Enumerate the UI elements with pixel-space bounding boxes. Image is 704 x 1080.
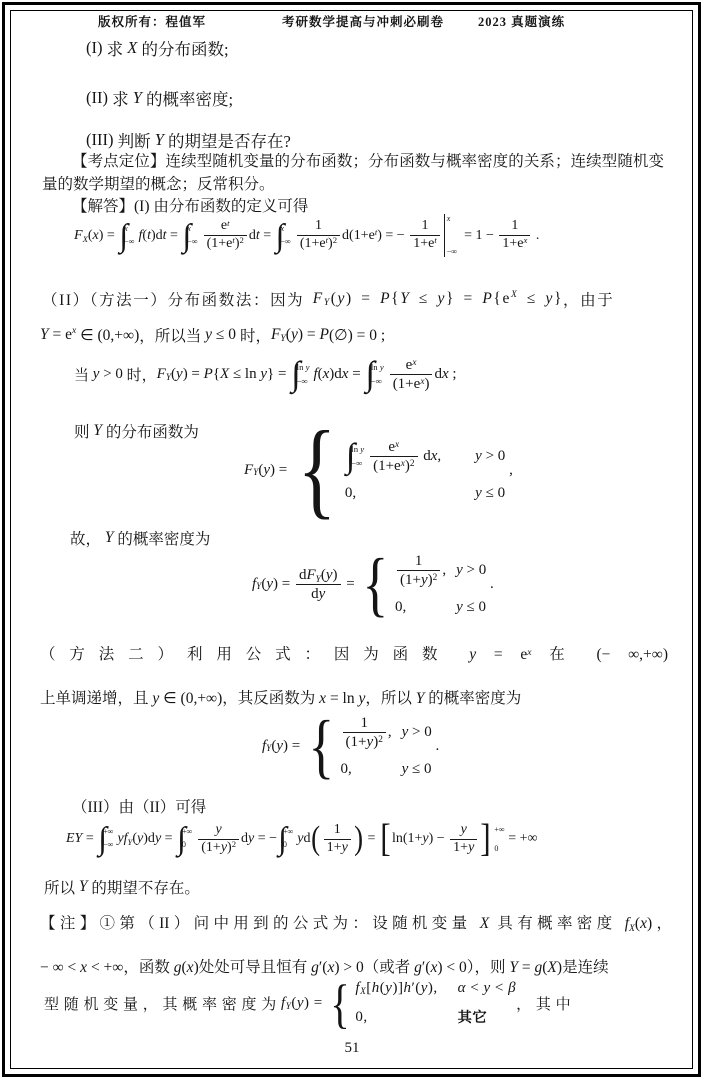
solution-intro: 【解答】(I) 由分布函数的定义可得 [72,194,308,216]
math-variable: P [204,366,213,383]
text-run: ， 其 中 [516,993,571,1014]
upper-bound: x [187,225,197,233]
math-variable: F [157,366,166,383]
math-token: = [343,576,359,593]
note-paragraph: 【注】①第（II）问中用到的公式为：设随机变量 X 具有概率密度 fX(x)，−… [40,903,672,989]
math-variable: g [174,959,182,976]
math-variable: h [372,980,380,997]
math-variable: y [276,738,283,755]
text-run: 时， [240,324,271,346]
math-variable: F [74,228,83,244]
math-variable: X [220,366,229,383]
integral: ∫x−∞ [119,223,137,249]
math-token: ∈ (0,+∞) [159,690,222,707]
lower-bound: −∞ [280,238,290,246]
math-variable: y [367,733,374,751]
method1-line2: Y = ex ∈ (0,+∞)，所以当 y ≤ 0 时，FY(y) = P(∅)… [40,324,385,346]
math-variable: Y [280,333,285,344]
fraction: dFY(y)dy [296,566,341,603]
math-variable: y [461,822,467,839]
math-variable: x [524,235,528,245]
text-run: 上单调递增，且 [40,690,152,707]
integral-bounds: +∞−∞ [103,827,113,851]
math-token: 1 [511,218,518,235]
text-run: 的期望是否存在? [164,128,291,152]
math-variable: x [431,448,438,465]
text-run: 求 [107,36,128,60]
math-token: d(1+e [342,228,375,244]
fraction: y(1+y)2 [198,822,239,857]
math-token: (II) [86,88,112,108]
integral-bounds: x−∞ [124,224,134,248]
evaluation-bar: x−∞ [444,214,457,257]
math-variable: x [527,647,531,658]
math-token: 0 [283,841,287,849]
superscript: t [326,235,328,245]
math-variable: y [93,366,100,383]
fraction: ex(1+ex)2 [370,438,417,475]
math-variable: y [326,566,333,584]
math-variable: y [291,326,298,344]
fy-distribution-intro: 则 Y 的分布函数为 [74,420,199,442]
note-line3: 型 随 机 变 量 ， 其 概 率 密 度 为 fY(y) = {fX[h(y)… [44,980,571,1027]
method1-line3: 当 y > 0 时，FY(y) = P{X ≤ ln y} = ∫ln y−∞f… [74,356,457,393]
math-variable: F [306,566,315,584]
math-variable: Y [166,373,171,383]
text-run: 故， [70,527,105,549]
case-condition: y > 0 [456,562,486,579]
math-variable: X [127,38,137,58]
math-variable: F [313,290,324,308]
numerator: et [204,218,247,236]
superscript: x [527,647,531,658]
lower-bound: 0 [182,841,192,849]
integral: ∫x−∞ [182,223,200,249]
math-token: > 0 [482,448,505,465]
math-token: 2 [410,459,415,469]
upper-bound: ln y [371,363,384,372]
text-run: 的概率密度为 [114,527,211,549]
case-rows: 1(1+y)2,y > 00,y ≤ 0 [395,552,486,616]
math-token: 1 [415,552,423,570]
math-token: = [518,959,535,976]
superscript: 2 [410,459,415,470]
exam-point-paragraph: 【考点定位】连续型随机变量的分布函数；分布函数与概率密度的关系；连续型随机变量的… [42,150,664,196]
math-variable: yf [117,831,127,847]
part3-intro: （III）由（II）可得 [72,795,206,817]
math-token: (1+ [346,733,367,751]
text-run: （或者 [364,959,414,976]
subscript: Y [286,1002,292,1012]
math-token: 0 [494,845,498,853]
math-token: = [348,366,364,383]
superscript: 2 [232,839,236,849]
math-token: ) − [429,831,449,847]
math-variable: Y [79,878,88,896]
math-variable: β [508,980,516,997]
text-run: 的期望不存在。 [88,876,200,898]
superscript: x [395,440,399,451]
math-token: d [420,448,431,465]
integral-bounds: ln y−∞ [371,362,384,388]
text-run: 的概率密度; [142,86,233,110]
case-rows: ∫ln y−∞ex(1+ex)2 dx,y > 00,y ≤ 0 [345,438,505,502]
text-run: 所以 [44,876,79,898]
bar-bounds: x−∞ [445,214,457,257]
math-variable: y [342,840,348,857]
math-variable: t [232,235,234,245]
lower-bound: −∞ [103,841,113,849]
math-variable: y [260,366,267,383]
method1-line1: （II）（方法一）分布函数法：因为 FY(y) = P{Y ≤ y} = P{e… [42,288,614,310]
math-token: > 0 [99,366,126,383]
upper-bound: ln y [351,445,364,454]
case-condition: y ≤ 0 [456,599,486,616]
math-token: = − [254,831,277,847]
superscript: t [434,235,436,245]
superscript: t [227,218,229,228]
numerator: 1 [297,218,340,236]
math-variable: X [511,289,518,300]
superscript: X [511,289,518,300]
math-token: > 0 [463,562,486,579]
math-token: (1+ [400,571,421,589]
math-token: −∞ [351,459,362,468]
math-token: 2 [378,735,383,745]
math-token: } [554,290,563,308]
math-token: ln(1+ [392,831,422,847]
math-variable: Y [253,468,258,478]
math-token: ; [449,366,457,383]
math-variable: Y [324,297,331,308]
cases-block: {1(1+y)2,y > 00,y ≤ 0 [304,714,432,778]
text-run: ， [652,915,672,932]
math-variable: P [482,290,493,308]
case-condition: 其它 [458,1007,488,1027]
integral-bounds: ln y−∞ [351,444,364,470]
upper-bound: +∞ [182,828,192,836]
integral: ∫+∞0 [177,826,195,852]
math-variable: y [266,576,273,593]
subscript: X [629,923,635,934]
fraction: 1(1+y)2 [397,552,440,589]
math-variable: g [414,959,422,976]
subscript: Y [316,575,321,586]
math-variable: Y [93,422,102,440]
math-variable: y [385,980,392,997]
case-expression: ∫ln y−∞ex(1+ex)2 dx, [345,438,441,475]
math-token: (∅) = 0 ; [329,326,385,345]
math-variable: y [456,562,463,579]
math-variable: Y [133,88,142,108]
denominator: (1+y)2 [397,571,440,589]
text-run: 在 [532,646,597,663]
text-run: ，所以当 [139,324,205,346]
case-expression: 1(1+y)2, [395,552,446,589]
math-token: d [249,228,256,244]
math-token: } = [267,366,290,383]
math-token: > 0 [408,724,431,741]
bracket-eval-group: [ln(1+y) − y1+y]+∞0 [379,822,505,857]
math-token: +∞ [182,828,192,836]
math-variable: y [421,571,428,589]
denominator: (1+et)2 [297,236,340,253]
paren-content: 11+y [322,822,353,857]
math-token: ) = [183,366,204,383]
case-expression: 0, [355,1009,367,1026]
math-token: 2 [333,235,337,245]
integral: ∫ln y−∞ [346,443,367,471]
math-token: 1 [334,822,341,839]
fraction: y1+y [450,822,477,857]
math-token: (1+e [393,375,421,393]
text-run: 的分布函数为 [102,420,199,442]
math-token: = ln [326,690,358,707]
math-variable: X [480,915,489,932]
math-token: , [442,562,446,579]
formula-fx: FX(x) = ∫x−∞f(t)dt = ∫x−∞et(1+et)2dt = ∫… [74,214,539,257]
math-variable: X [83,234,88,244]
math-token: {e [493,290,511,308]
document-page: { "header": { "copyright": "版权所有：程值军", "… [0,0,704,1080]
text-run: 判断 [118,128,155,152]
math-token: ≤ 0 [212,326,240,344]
math-token: ) < 0 [437,959,466,976]
math-token: 1 [315,218,322,235]
case-expression: fX[h(y)]h′(y), [355,980,437,997]
math-variable: y [297,995,304,1012]
math-variable: x [447,215,451,223]
math-variable: Y [400,290,410,308]
conclusion-line: 所以 Y 的期望不存在。 [44,876,200,898]
subscript: Y [166,373,171,383]
math-variable: P [380,290,391,308]
math-variable: Y [128,837,133,847]
text-run: （II）（方法一）分布函数法：因为 [42,288,313,310]
math-token: d [303,831,310,847]
denominator: (1+y)2 [343,733,386,751]
math-token: 1+e [413,236,434,253]
denominator: (1+et)2 [204,236,247,253]
math-variable: x [640,915,647,932]
math-token: ) = [298,326,320,344]
text-run: 【解答】(I) 由分布函数的定义可得 [72,194,308,216]
math-variable: y [484,980,491,997]
math-token: ∈ (0,+∞) [76,326,139,345]
math-token: . [486,576,494,593]
math-token: (III) [86,130,118,150]
bracket-bounds: +∞0 [492,825,504,855]
fraction: 11+et [410,218,440,253]
subscript: Y [256,582,261,592]
math-token: < [491,980,508,997]
math-variable: x [72,325,76,336]
math-token: < [466,980,483,997]
math-token: ln [351,445,360,454]
lower-bound: −∞ [297,377,310,386]
case-rows: 1(1+y)2,y > 00,y ≤ 0 [341,714,432,778]
math-variable: Y [155,130,164,150]
superscript: t [232,235,234,245]
upper-bound: +∞ [103,828,113,836]
superscript: 2 [240,235,244,245]
text-run: 求 [112,86,133,110]
math-variable: y [176,366,183,383]
math-variable: y [306,363,310,372]
fraction: 1(1+y)2 [343,714,386,751]
math-variable: Y [286,1002,292,1012]
numerator: y [450,822,477,840]
integral-bounds: +∞0 [182,827,192,851]
subscript: Y [280,333,285,344]
math-variable: y [545,290,553,308]
math-variable: Y [40,326,49,344]
math-token: = [260,228,275,244]
upper-bound: +∞ [283,828,293,836]
math-variable: Y [509,959,518,976]
math-token: ( [331,290,338,308]
math-variable: y [402,724,409,741]
case-condition: y ≤ 0 [402,761,432,778]
math-token: )d [329,366,342,383]
question-item-1: (I) 求 X 的分布函数; [86,36,229,60]
math-token: = e [476,646,527,663]
math-variable: Y [266,744,271,754]
superscript: 2 [333,235,337,245]
math-token: = e [49,326,72,344]
superscript: x [72,325,76,336]
denominator: 1+ex [499,236,530,253]
lower-bound: −∞ [371,377,384,386]
case-expression: 0, [395,599,406,616]
math-token: ≤ [518,290,545,308]
integral: ∫x−∞ [276,223,294,249]
text-run: （方法二）利用公式：因为函数 [40,646,469,663]
case-condition: y > 0 [402,724,432,741]
math-token: ) [424,375,429,393]
math-token: { [391,290,400,308]
lower-bound: 0 [494,845,504,853]
integral: ∫ln y−∞ [291,361,312,389]
upper-bound: x [447,215,457,223]
math-token: ≤ [410,290,437,308]
math-token: 2 [433,573,438,583]
math-token: 1+e [502,236,523,253]
math-token: 0, [345,485,356,502]
math-variable: X [360,987,366,997]
numerator: 1 [343,714,386,733]
cases-block: {1(1+y)2,y > 00,y ≤ 0 [358,552,486,616]
integral-bounds: +∞0 [283,827,293,851]
header-book-title: 考研数学提高与冲刺必刷卷 [282,12,444,30]
integral-bounds: ln y−∞ [297,362,310,388]
upper-bound: +∞ [494,826,504,834]
lower-bound: −∞ [447,248,457,256]
math-token: . [532,228,539,244]
math-token: 0, [341,761,352,778]
formula-fy-density2: fY(y) = {1(1+y)2,y > 00,y ≤ 0 . [262,714,439,778]
math-token: (1+e [373,457,401,475]
math-variable: t [326,235,328,245]
math-variable: y [205,326,212,344]
math-variable: F [271,326,280,344]
fraction: ex(1+ex) [390,356,433,393]
density-intro: 故， Y 的概率密度为 [70,527,210,549]
big-paren-group: (11+y) [310,822,364,857]
text-run: 【注】①第（II）问中用到的公式为：设随机变量 [40,915,480,932]
math-variable: x [401,459,405,469]
superscript: x [401,459,405,470]
case-expression: 1(1+y)2, [341,714,392,751]
math-variable: x [280,225,284,233]
superscript: t [375,227,377,237]
text-run: ，由于 [563,288,614,310]
denominator: 1+y [324,840,351,857]
math-token: (I) [86,38,107,58]
math-variable: F [244,462,253,479]
case-condition: y ≤ 0 [475,485,505,502]
formula-fy-cases: FY(y) = {∫ln y−∞ex(1+ex)2 dx,y > 00,y ≤ … [244,438,513,502]
math-token: 1+ [327,840,342,857]
math-variable: y [380,363,384,372]
bracket-content: ln(1+y) − y1+y [392,822,479,857]
math-token: )] [392,980,403,997]
superscript: 2 [378,735,383,746]
lower-bound: −∞ [187,238,197,246]
math-variable: g [311,959,319,976]
math-token: , [437,448,441,465]
denominator: 1+et [410,236,440,253]
subscript: Y [324,297,331,308]
text-run: 是连续 [562,959,609,976]
math-token: 0, [355,1009,367,1026]
math-token: )d [143,831,155,847]
math-token: −∞ [280,238,290,246]
math-variable: X [629,923,635,934]
subscript: Y [253,468,258,478]
header-copyright: 版权所有：程值军 [98,12,206,30]
math-token: +∞ [283,828,293,836]
superscript: x [412,358,416,369]
math-variable: y [421,980,428,997]
math-token: ′( [411,980,420,997]
case-expression: 0, [341,761,352,778]
formula-fy-density: fY(y) = dFY(y)dy = {1(1+y)2,y > 00,y ≤ 0… [252,552,494,616]
math-token: ) = [304,995,327,1012]
math-token: ) = [273,576,294,593]
math-token: . [432,738,440,755]
math-token: } = [446,290,482,308]
math-variable: Y [316,575,321,585]
math-variable: y [319,585,326,603]
math-token: , [505,462,513,479]
math-token: ) = [346,290,380,308]
math-token: 1 [360,714,368,732]
numerator: dFY(y) [296,566,341,585]
math-token: , [388,724,392,741]
math-token: )d [151,228,163,244]
math-variable: x [442,366,449,383]
math-token: ≤ ln [229,366,260,383]
math-variable: Y [256,582,261,592]
math-token: ) = [99,228,119,244]
text-run: ），则 [467,959,510,976]
text-run: 型 随 机 变 量 ， 其 概 率 密 度 为 [44,993,281,1014]
math-variable: h [403,980,411,997]
superscript: x [420,377,424,388]
subscript: Y [128,837,133,847]
fraction: 11+y [324,822,351,857]
